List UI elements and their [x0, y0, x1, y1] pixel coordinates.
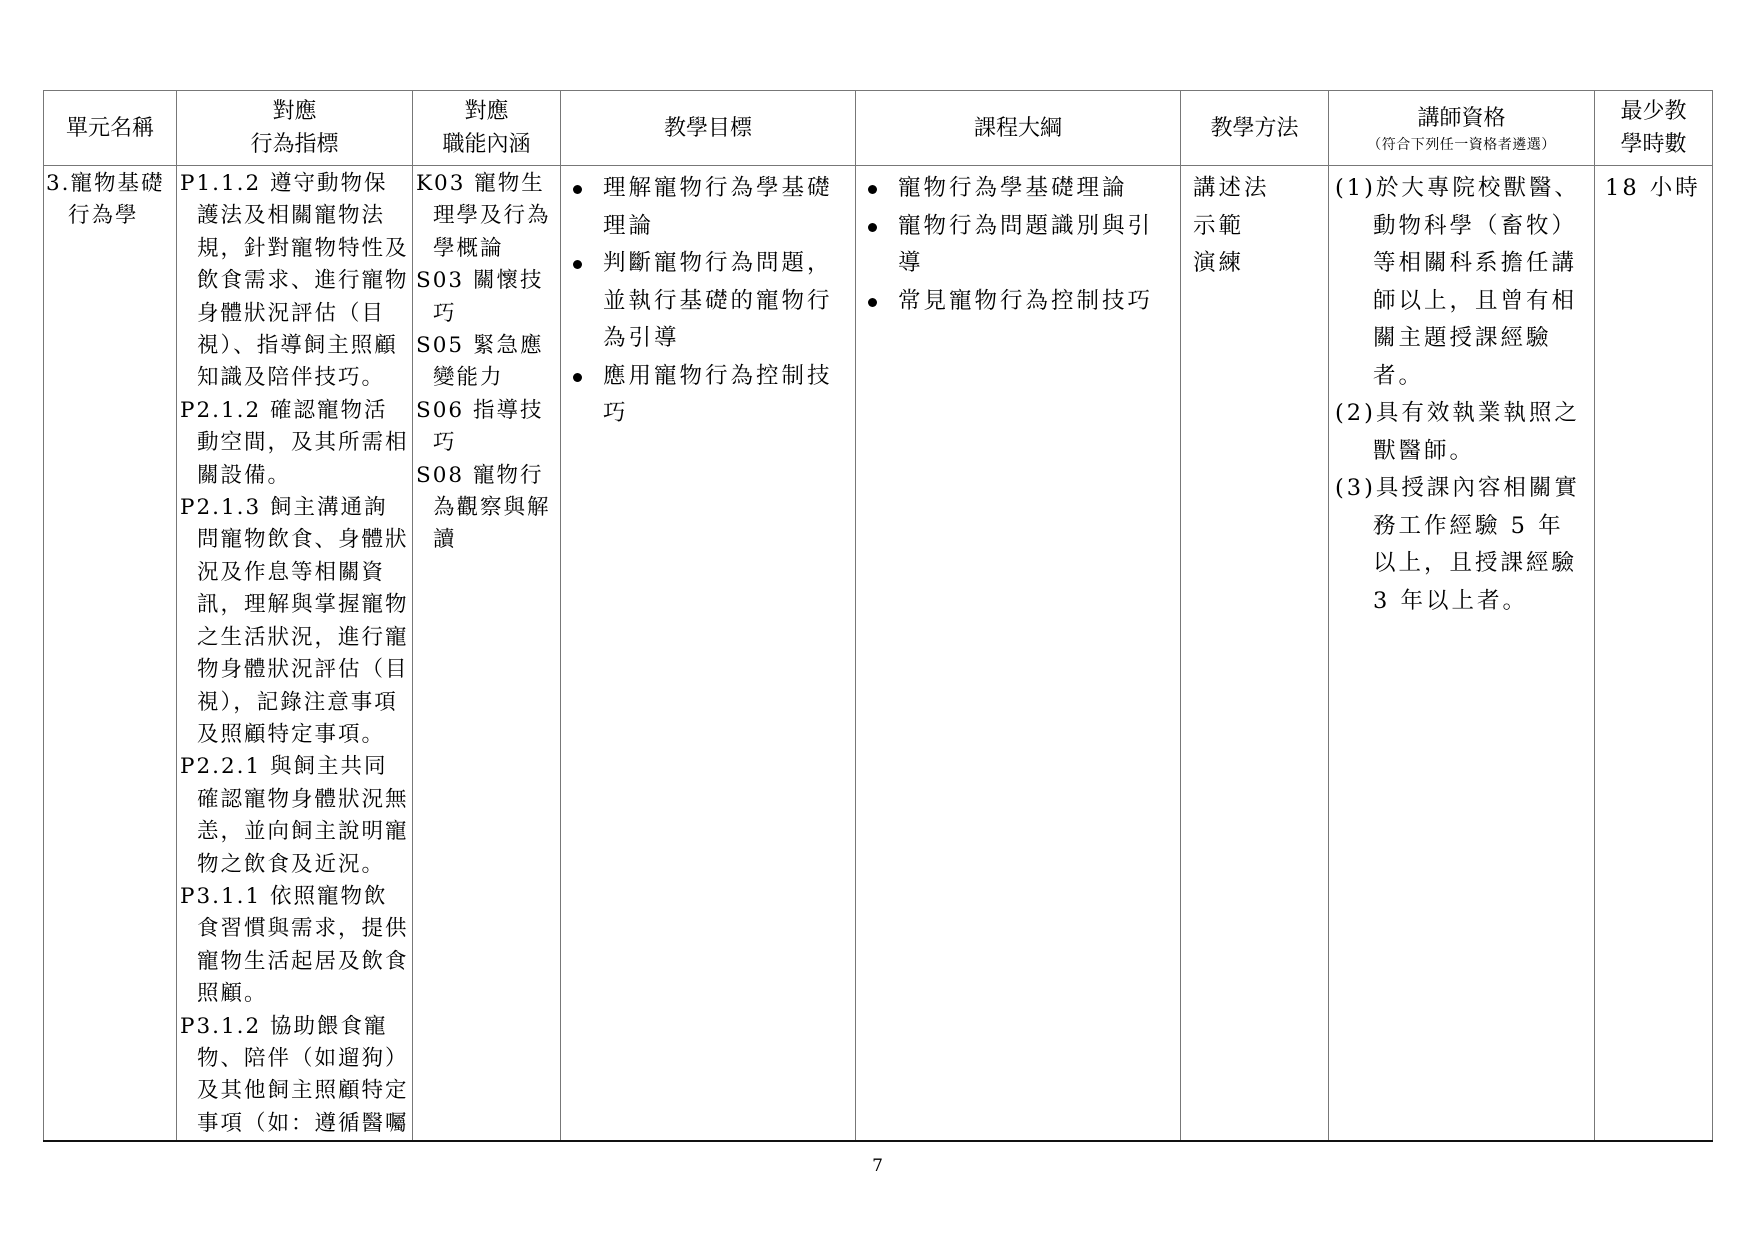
bullet-icon [868, 223, 877, 232]
header-row: 單元名稱 對應 行為指標 對應 職能內涵 教學目標 課程大綱 教學方法 講師資格… [44, 91, 1713, 166]
bullet-icon [573, 260, 582, 269]
syllabus-cell: 寵物行為學基礎理論 寵物行為問題識別與引導 常見寵物行為控制技巧 [856, 166, 1181, 1142]
header-teaching-goals: 教學目標 [561, 91, 856, 166]
bullet-icon [868, 298, 877, 307]
qualification-item: (3)具授課內容相關實務工作經驗 5 年以上，且授課經驗 3 年以上者。 [1335, 470, 1588, 620]
unit-name-cell: 3.寵物基礎行為學 [44, 166, 177, 1142]
unit-name: 3.寵物基礎行為學 [44, 166, 176, 233]
instructor-qualifications-list: (1)於大專院校獸醫、動物科學（畜牧）等相關科系擔任講師以上，且曾有相關主題授課… [1329, 166, 1594, 620]
qualification-note: （符合下列任一資格者遴選） [1329, 135, 1594, 155]
header-instructor-qualifications: 講師資格 （符合下列任一資格者遴選） [1329, 91, 1595, 166]
teaching-methods-cell: 講述法 示範 演練 [1181, 166, 1329, 1142]
syllabus-list: 寵物行為學基礎理論 寵物行為問題識別與引導 常見寵物行為控制技巧 [856, 166, 1180, 320]
behavior-indicator-item: P2.1.2 確認寵物活動空間，及其所需相關設備。 [180, 395, 409, 492]
min-hours: 18 小時 [1595, 166, 1712, 212]
competency-item: S03 關懷技巧 [416, 265, 557, 330]
bullet-icon [868, 185, 877, 194]
instructor-qualifications-cell: (1)於大專院校獸醫、動物科學（畜牧）等相關科系擔任講師以上，且曾有相關主題授課… [1329, 166, 1595, 1142]
behavior-indicators-cell: P1.1.2 遵守動物保護法及相關寵物法規，針對寵物特性及飲食需求、進行寵物身體… [177, 166, 413, 1142]
competency-item: S05 緊急應變能力 [416, 330, 557, 395]
header-teaching-methods: 教學方法 [1181, 91, 1329, 166]
course-table: 單元名稱 對應 行為指標 對應 職能內涵 教學目標 課程大綱 教學方法 講師資格… [43, 90, 1713, 1142]
behavior-indicator-item: P3.1.2 協助餵食寵物、陪伴（如遛狗）及其他飼主照顧特定事項（如：遵循醫囑 [180, 1011, 409, 1141]
teaching-goal-item: 判斷寵物行為問題，並執行基礎的寵物行為引導 [569, 245, 847, 358]
behavior-indicators-list: P1.1.2 遵守動物保護法及相關寵物法規，針對寵物特性及飲食需求、進行寵物身體… [177, 166, 412, 1140]
behavior-indicator-item: P2.2.1 與飼主共同確認寵物身體狀況無恙，並向飼主說明寵物之飲食及近況。 [180, 751, 409, 881]
competencies-cell: K03 寵物生理學及行為學概論 S03 關懷技巧 S05 緊急應變能力 S06 … [413, 166, 561, 1142]
teaching-method-item: 示範 [1193, 208, 1316, 246]
behavior-indicator-item: P2.1.3 飼主溝通詢問寵物飲食、身體狀況及作息等相關資訊，理解與掌握寵物之生… [180, 492, 409, 751]
behavior-indicator-item: P1.1.2 遵守動物保護法及相關寵物法規，針對寵物特性及飲食需求、進行寵物身體… [180, 168, 409, 395]
qualification-item: (2)具有效執業執照之獸醫師。 [1335, 395, 1588, 470]
syllabus-item: 寵物行為問題識別與引導 [864, 208, 1172, 283]
teaching-goal-item: 理解寵物行為學基礎理論 [569, 170, 847, 245]
header-competency: 對應 職能內涵 [413, 91, 561, 166]
teaching-method-item: 演練 [1193, 245, 1316, 283]
competencies-list: K03 寵物生理學及行為學概論 S03 關懷技巧 S05 緊急應變能力 S06 … [413, 166, 560, 557]
teaching-goals-cell: 理解寵物行為學基礎理論 判斷寵物行為問題，並執行基礎的寵物行為引導 應用寵物行為… [561, 166, 856, 1142]
competency-item: S06 指導技巧 [416, 395, 557, 460]
teaching-methods-list: 講述法 示範 演練 [1181, 166, 1328, 287]
header-min-hours: 最少教 學時數 [1595, 91, 1713, 166]
teaching-goal-item: 應用寵物行為控制技巧 [569, 358, 847, 433]
header-behavior-indicator: 對應 行為指標 [177, 91, 413, 166]
teaching-method-item: 講述法 [1193, 170, 1316, 208]
syllabus-item: 常見寵物行為控制技巧 [864, 283, 1172, 321]
header-unit-name: 單元名稱 [44, 91, 177, 166]
teaching-goals-list: 理解寵物行為學基礎理論 判斷寵物行為問題，並執行基礎的寵物行為引導 應用寵物行為… [561, 166, 855, 433]
bullet-icon [573, 185, 582, 194]
competency-item: S08 寵物行為觀察與解讀 [416, 460, 557, 557]
competency-item: K03 寵物生理學及行為學概論 [416, 168, 557, 265]
bullet-icon [573, 373, 582, 382]
table-row: 3.寵物基礎行為學 P1.1.2 遵守動物保護法及相關寵物法規，針對寵物特性及飲… [44, 166, 1713, 1142]
min-hours-cell: 18 小時 [1595, 166, 1713, 1142]
page-number: 7 [0, 1156, 1755, 1176]
qualification-item: (1)於大專院校獸醫、動物科學（畜牧）等相關科系擔任講師以上，且曾有相關主題授課… [1335, 170, 1588, 395]
syllabus-item: 寵物行為學基礎理論 [864, 170, 1172, 208]
behavior-indicator-item: P3.1.1 依照寵物飲食習慣與需求，提供寵物生活起居及飲食照顧。 [180, 881, 409, 1011]
header-syllabus: 課程大綱 [856, 91, 1181, 166]
